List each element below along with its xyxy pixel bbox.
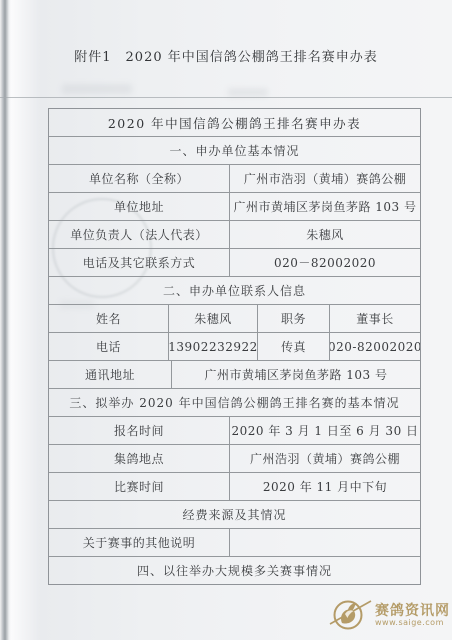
field-row-race-time: 比赛时间 2020 年 11 月中下旬: [49, 472, 420, 500]
field-row-unit-phone: 电话及其它联系方式 020－82002020: [49, 248, 420, 276]
field-row-mail-address: 通讯地址 广州市黄埔区茅岗鱼茅路 103 号: [49, 360, 420, 388]
section-title: 四、以往举办大规模多关赛事情况: [49, 557, 420, 584]
section-title: 一、申办单位基本情况: [49, 137, 420, 164]
section-title: 三、拟举办 2020 年中国信鸽公棚鸽王排名赛的基本情况: [49, 389, 420, 416]
field-value: 2020 年 3 月 1 日至 6 月 30 日: [229, 417, 420, 444]
field-value: 广州市黄埔区茅岗鱼茅路 103 号: [171, 361, 420, 388]
site-watermark: 赛鸽资讯网 www.saige.com: [329, 594, 450, 636]
application-form-table: 2020 年中国信鸽公棚鸽王排名赛申办表 一、申办单位基本情况 单位名称（全称）…: [48, 108, 421, 585]
field-row-unit-address: 单位地址 广州市黄埔区茅岗鱼茅路 103 号: [49, 192, 420, 220]
scan-artifact: [62, 84, 132, 94]
field-value: 020－82002020: [229, 249, 420, 276]
field-value: 广州浩羽（黄埔）赛鸽公棚: [229, 445, 420, 472]
field-value: 董事长: [329, 305, 420, 332]
form-title-row: 2020 年中国信鸽公棚鸽王排名赛申办表: [49, 109, 420, 136]
field-row-signup-time: 报名时间 2020 年 3 月 1 日至 6 月 30 日: [49, 416, 420, 444]
pigeon-logo-icon: [329, 594, 373, 636]
field-label: 集鸽地点: [49, 445, 229, 472]
scan-fold-line: [0, 97, 452, 98]
field-label: 报名时间: [49, 417, 229, 444]
field-label: 单位名称（全称）: [49, 165, 229, 192]
field-value: 朱穗风: [229, 221, 420, 248]
form-title: 2020 年中国信鸽公棚鸽王排名赛申办表: [49, 109, 420, 136]
field-label: 单位负责人（法人代表）: [49, 221, 229, 248]
field-value: [229, 529, 420, 556]
field-value: 朱穗风: [168, 305, 257, 332]
field-row-unit-name: 单位名称（全称） 广州市浩羽（黄埔）赛鸽公棚: [49, 164, 420, 192]
attachment-heading: 附件1 2020 年中国信鸽公棚鸽王排名赛申办表: [0, 46, 452, 65]
section-header-2: 二、申办单位联系人信息: [49, 276, 420, 304]
field-label: 职务: [257, 305, 329, 332]
field-label: 电话及其它联系方式: [49, 249, 229, 276]
field-label: 单位地址: [49, 193, 229, 220]
scanned-document-page: 附件1 2020 年中国信鸽公棚鸽王排名赛申办表 2020 年中国信鸽公棚鸽王排…: [0, 0, 452, 640]
field-label: 电话: [49, 333, 168, 360]
field-value: 2020 年 11 月中下旬: [229, 473, 420, 500]
field-label: 关于赛事的其他说明: [49, 529, 229, 556]
watermark-site-url: www.saige.com: [375, 618, 450, 627]
field-value: 广州市黄埔区茅岗鱼茅路 103 号: [229, 193, 420, 220]
field-label: 姓名: [49, 305, 168, 332]
section-header-funding: 经费来源及其情况: [49, 500, 420, 528]
section-header-3: 三、拟举办 2020 年中国信鸽公棚鸽王排名赛的基本情况: [49, 388, 420, 416]
field-value: 13902232922: [168, 333, 257, 360]
section-title: 二、申办单位联系人信息: [49, 277, 420, 304]
field-row-contact-name: 姓名 朱穗风 职务 董事长: [49, 304, 420, 332]
watermark-text: 赛鸽资讯网 www.saige.com: [375, 604, 450, 627]
field-label: 比赛时间: [49, 473, 229, 500]
field-label: 通讯地址: [49, 361, 171, 388]
section-title: 经费来源及其情况: [49, 501, 420, 528]
section-header-4: 四、以往举办大规模多关赛事情况: [49, 556, 420, 584]
field-value: 广州市浩羽（黄埔）赛鸽公棚: [229, 165, 420, 192]
field-label: 传真: [257, 333, 329, 360]
field-row-other-notes: 关于赛事的其他说明: [49, 528, 420, 556]
watermark-site-name: 赛鸽资讯网: [375, 604, 450, 618]
section-header-1: 一、申办单位基本情况: [49, 136, 420, 164]
field-row-collection-place: 集鸽地点 广州浩羽（黄埔）赛鸽公棚: [49, 444, 420, 472]
field-value: 020-82002020: [329, 333, 420, 360]
field-row-legal-rep: 单位负责人（法人代表） 朱穗风: [49, 220, 420, 248]
scan-artifact: [228, 88, 268, 97]
field-row-contact-phone: 电话 13902232922 传真 020-82002020: [49, 332, 420, 360]
